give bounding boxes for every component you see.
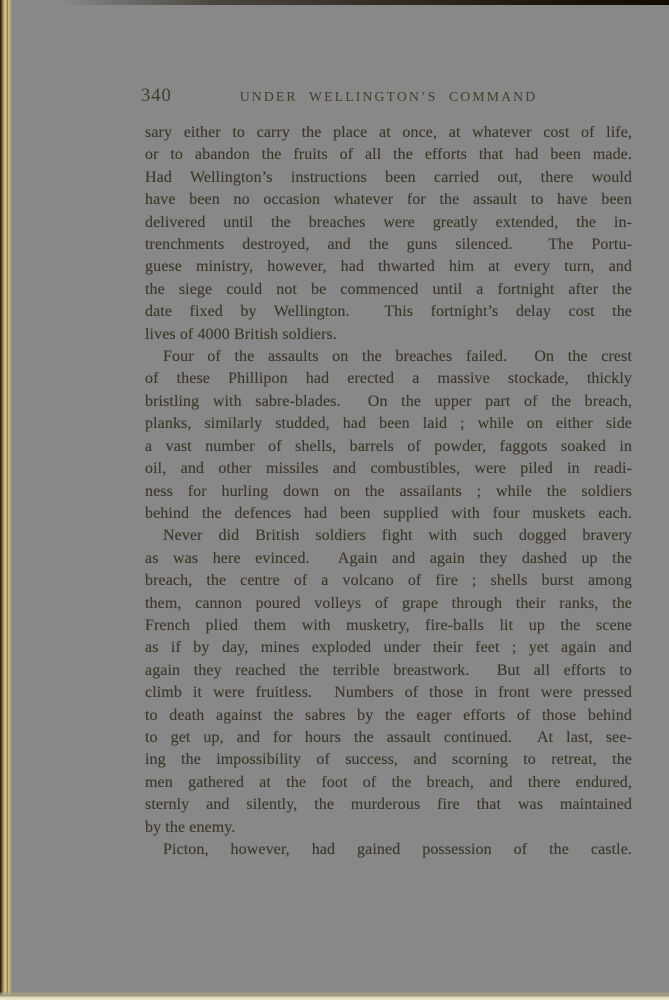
text-line: lives of 4000 British soldiers. [145, 324, 632, 346]
text-line: Picton, however, had gained possession o… [145, 839, 632, 861]
text-line: men gathered at the foot of the breach, … [145, 772, 632, 794]
text-line: by the enemy. [145, 817, 632, 839]
text-line: bristling with sabre-blades. On the uppe… [145, 391, 632, 413]
text-line: sary either to carry the place at once, … [145, 122, 632, 144]
text-line: date fixed by Wellington. This fortnight… [145, 301, 632, 323]
text-line: Never did British soldiers fight with su… [145, 525, 632, 547]
text-line: guese ministry, however, had thwarted hi… [145, 256, 632, 278]
text-line: the siege could not be commenced until a… [145, 279, 632, 301]
page-number: 340 [141, 87, 172, 105]
page-bottom-edge [0, 991, 669, 1000]
text-line: ing the impossibility of success, and sc… [145, 749, 632, 771]
text-line: to death against the sabres by the eager… [145, 705, 632, 727]
text-line: to get up, and for hours the assault con… [145, 727, 632, 749]
text-line: climb it were fruitless. Numbers of thos… [145, 682, 632, 704]
text-line: as was here evinced. Again and again the… [145, 548, 632, 570]
text-line: delivered until the breaches were greatl… [145, 212, 632, 234]
text-line: a vast number of shells, barrels of powd… [145, 436, 632, 458]
text-line: Four of the assaults on the breaches fai… [145, 346, 632, 368]
text-line: again they reached the terrible breastwo… [145, 660, 632, 682]
page-header: 340 UNDER WELLINGTON’S COMMAND [145, 87, 632, 105]
page-body: sary either to carry the place at once, … [145, 122, 632, 861]
text-line: sternly and silently, the murderous fire… [145, 794, 632, 816]
text-line: them, cannon poured volleys of grape thr… [145, 593, 632, 615]
text-line: of these Phillipon had erected a massive… [145, 368, 632, 390]
text-line: or to abandon the fruits of all the effo… [145, 144, 632, 166]
text-line: planks, similarly studded, had been laid… [145, 413, 632, 435]
page-content: 340 UNDER WELLINGTON’S COMMAND sary eith… [145, 87, 632, 861]
text-line: Had Wellington’s instructions been carri… [145, 167, 632, 189]
page-top-edge [60, 0, 669, 5]
text-line: ness for hurling down on the assailants … [145, 481, 632, 503]
text-line: breach, the centre of a volcano of fire … [145, 570, 632, 592]
text-line: French plied them with musketry, fire-ba… [145, 615, 632, 637]
running-head: UNDER WELLINGTON’S COMMAND [145, 87, 632, 106]
text-line: oil, and other missiles and combustibles… [145, 458, 632, 480]
text-line: behind the defences had been supplied wi… [145, 503, 632, 525]
book-binding-edge [0, 0, 12, 1000]
text-line: have been no occasion whatever for the a… [145, 189, 632, 211]
book-page-photo: 340 UNDER WELLINGTON’S COMMAND sary eith… [0, 0, 669, 1000]
text-line: as if by day, mines exploded under their… [145, 637, 632, 659]
text-line: trenchments destroyed, and the guns sile… [145, 234, 632, 256]
